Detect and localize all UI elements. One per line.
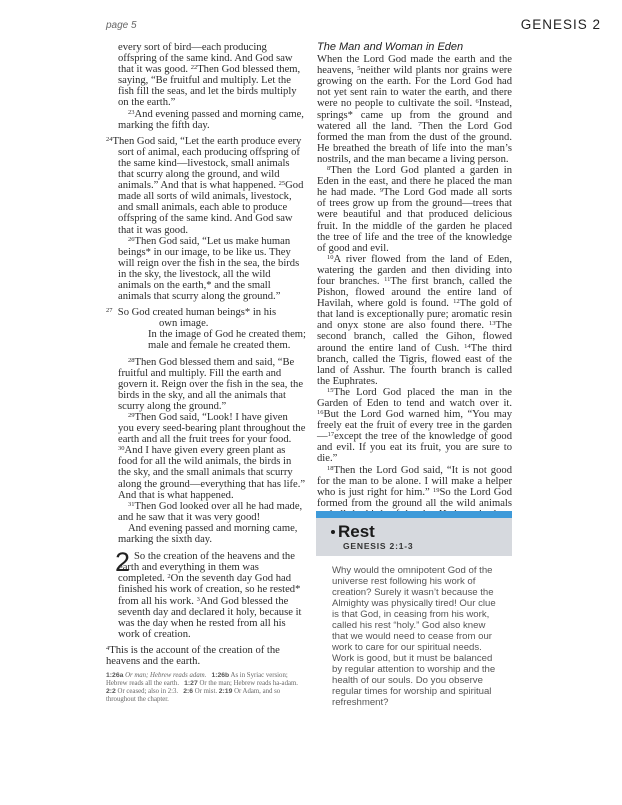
verse-paragraph: 10A river flowed from the land of Eden, … <box>317 254 512 387</box>
study-note-reference: GENESIS 2:1-3 <box>343 541 512 551</box>
footnote-ref: 1:26b <box>211 672 229 679</box>
verse-text: except the tree of the knowledge of good… <box>317 431 512 464</box>
verse-text: And evening passed and morning came, mar… <box>118 523 297 545</box>
bible-page: page 5 GENESIS 2 every sort of bird—each… <box>0 0 622 805</box>
right-column: The Man and Woman in Eden When the Lord … <box>317 42 512 542</box>
page-number: page 5 <box>106 20 137 31</box>
verse-number: 27 <box>106 307 113 314</box>
study-note-header: Rest GENESIS 2:1-3 <box>316 518 512 556</box>
verse-text: And evening passed and morning came, mar… <box>118 109 304 131</box>
study-note-box: Rest GENESIS 2:1-3 Why would the omnipot… <box>316 511 512 708</box>
verse-paragraph: 28Then God blessed them and said, “Be fr… <box>106 357 306 412</box>
footnote-ref: 1:27 <box>184 680 198 687</box>
verse-text: Then God looked over all he had made, an… <box>118 501 302 523</box>
verse-paragraph: So the creation of the heavens and the e… <box>118 551 306 640</box>
poem-line: 27 So God created human beings* in his <box>127 307 306 318</box>
verse-paragraph: 31Then God looked over all he had made, … <box>106 501 306 523</box>
footnote: 1:26a Or man; Hebrew reads adam. <box>106 672 206 679</box>
verse-paragraph: 4This is the account of the creation of … <box>106 645 306 667</box>
footnote-ref: 1:26a <box>106 672 123 679</box>
verse-paragraph: When the Lord God made the earth and the… <box>317 54 512 165</box>
verse-paragraph: 15The Lord God placed the man in the Gar… <box>317 387 512 465</box>
footnote-text: Or mist. <box>195 688 217 695</box>
bullet-icon <box>331 530 335 534</box>
verse-paragraph: 29Then God said, “Look! I have given you… <box>106 412 306 501</box>
verse-paragraph: And evening passed and morning came, mar… <box>106 523 306 545</box>
poetry-block: 27 So God created human beings* in his o… <box>106 307 306 351</box>
footnote-ref: 2:2 <box>106 688 116 695</box>
left-column: every sort of bird—each producing offspr… <box>106 42 306 704</box>
verse-text: Then God said, “Look! I have given you e… <box>118 412 305 445</box>
section-heading: The Man and Woman in Eden <box>317 42 512 53</box>
verse-text: Then God said, “Let the earth produce ev… <box>113 136 302 191</box>
verse-paragraph: 24Then God said, “Let the earth produce … <box>106 136 306 236</box>
study-note-title: Rest <box>331 522 512 541</box>
verse-text: And I have given every green plant as fo… <box>118 445 305 500</box>
chapter-number: 2 <box>115 549 130 575</box>
poem-text: So God created human beings* in his <box>118 307 276 318</box>
verse-paragraph: 23And evening passed and morning came, m… <box>106 109 306 131</box>
poem-line: male and female he created them. <box>127 340 306 351</box>
footnote-text: Or man; Hebrew reads adam. <box>125 672 206 679</box>
study-note-title-text: Rest <box>338 522 375 541</box>
chapter-2-opening: 2 So the creation of the heavens and the… <box>106 551 306 640</box>
running-head: GENESIS 2 <box>521 17 601 32</box>
footnote: 2:6 Or mist. <box>183 688 217 695</box>
footnote: 2:2 Or ceased; also in 2:3. <box>106 688 178 695</box>
verse-paragraph: 26Then God said, “Let us make human bein… <box>106 236 306 303</box>
poem-line: own image. <box>127 318 306 329</box>
footnote-text: Or ceased; also in 2:3. <box>118 688 179 695</box>
verse-text: This is the account of the creation of t… <box>106 645 280 667</box>
accent-bar <box>316 511 512 518</box>
verse-paragraph: 8Then the Lord God planted a garden in E… <box>317 165 512 254</box>
footnote-text: Or the man; Hebrew reads ha-adam. <box>199 680 298 687</box>
footnotes: 1:26a Or man; Hebrew reads adam. 1:26b A… <box>106 672 309 704</box>
verse-text: Then God blessed them and said, “Be frui… <box>118 357 303 412</box>
verse-paragraph: every sort of bird—each producing offspr… <box>106 42 306 109</box>
poem-line: In the image of God he created them; <box>127 329 306 340</box>
verse-text: The Lord God placed the man in the Garde… <box>317 387 512 409</box>
footnote: 1:27 Or the man; Hebrew reads ha-adam. <box>184 680 298 687</box>
verse-text: Then God said, “Let us make human beings… <box>118 236 299 302</box>
footnote-ref: 2:6 <box>183 688 193 695</box>
footnote-ref: 2:19 <box>219 688 233 695</box>
study-note-body: Why would the omnipotent God of the univ… <box>316 556 512 708</box>
